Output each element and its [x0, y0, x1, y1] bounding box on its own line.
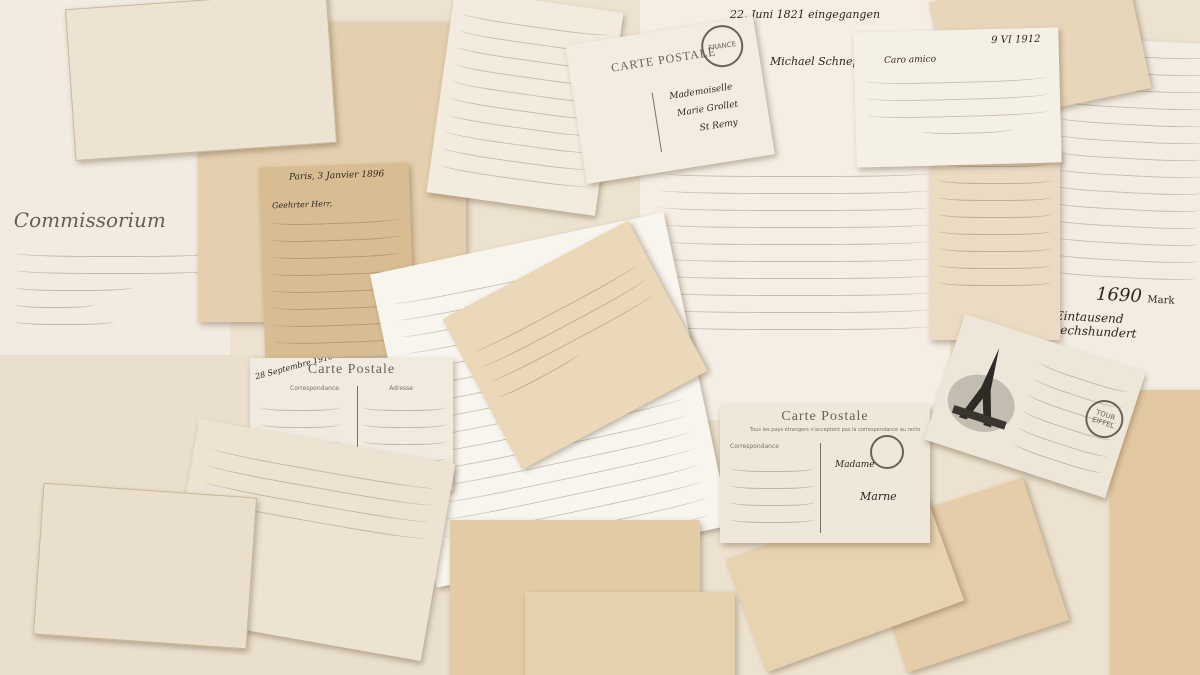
blank-card-top-left — [65, 0, 337, 161]
postcard-title: Carte Postale — [250, 362, 453, 378]
note-greeting: Caro amico — [884, 55, 936, 66]
postmark-stamp: FRANCE — [698, 22, 746, 70]
ledger-line: Eintausend sechshundert — [1054, 308, 1200, 344]
postcard-title: Carte Postale — [720, 409, 930, 425]
address-line-2: Marie Grollet — [677, 99, 739, 119]
adresse-label: Adresse — [389, 385, 413, 392]
stamp-text: TOUR EIFFEL — [1086, 406, 1123, 432]
postcard-subtitle: Tous les pays étrangers n'acceptent pas … — [750, 427, 920, 433]
correspondance-label: Correspondance — [290, 385, 339, 392]
address-line-1: Mademoiselle — [669, 82, 733, 102]
note-card: 9 VI 1912 Caro amico — [853, 27, 1061, 167]
note-date: 9 VI 1912 — [991, 34, 1041, 46]
address-line-3: St Remy — [699, 118, 738, 134]
carte-postale-top: CARTE POSTALE FRANCE Mademoiselle Marie … — [565, 16, 775, 184]
ledger-amount: 1690 — [1096, 284, 1143, 307]
ledger-unit: Mark — [1147, 294, 1175, 306]
correspondance-label: Correspondance — [730, 443, 779, 450]
carte-postale-right: Carte Postale Tous les pays étrangers n'… — [720, 405, 930, 543]
postmark-stamp — [870, 435, 904, 469]
blank-card-bottom-left — [33, 483, 257, 650]
letter-heading: Commissorium — [14, 205, 216, 236]
recipient-line-2: Marne — [860, 490, 897, 503]
manuscript-sheet-right — [930, 150, 1060, 340]
recipient-line-1: Madame — [835, 460, 875, 470]
paris-header: Paris, 3 Janvier 1896 — [289, 169, 385, 182]
tan-card-bottom-center — [525, 592, 735, 675]
